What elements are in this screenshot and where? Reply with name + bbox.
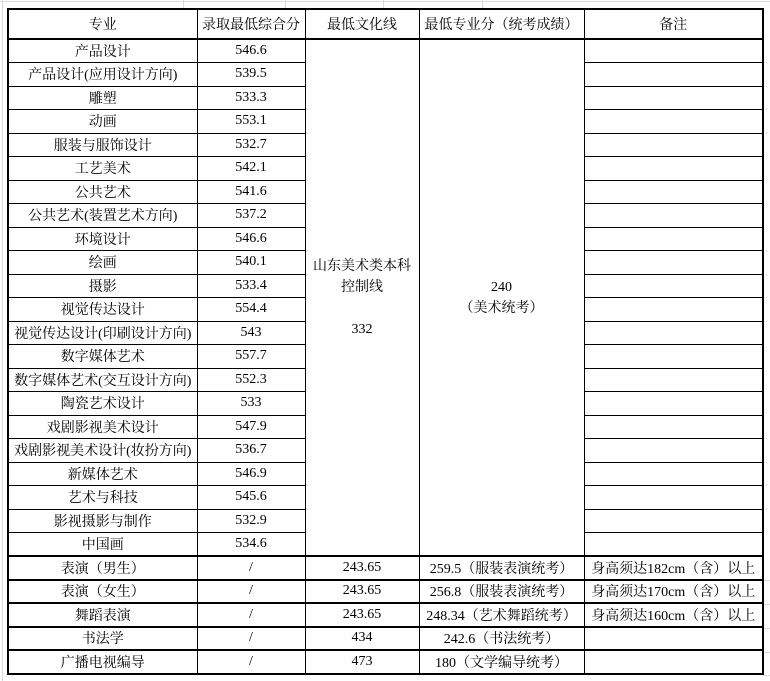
remark-cell (584, 63, 763, 87)
score-cell: 552.3 (197, 368, 305, 392)
remark-cell (584, 345, 763, 369)
professional-line-merged-cell: 240 （美术统考） (419, 39, 584, 556)
margin-gridline-stub (383, 0, 384, 8)
table-row: 表演（男生） / 243.65 259.5（服装表演统考） 身高须达182cm（… (8, 556, 763, 580)
header-row: 专业 录取最低综合分 最低文化线 最低专业分（统考成绩） 备注 (8, 9, 763, 39)
major-cell: 新媒体艺术 (8, 462, 197, 486)
remark-cell (584, 110, 763, 134)
culture-line-cell: 434 (305, 627, 419, 651)
table-row: 书法学 / 434 242.6（书法统考） (8, 627, 763, 651)
table-row: 舞蹈表演 / 243.65 248.34（艺术舞蹈统考） 身高须达160cm（含… (8, 603, 763, 627)
score-cell: 546.6 (197, 39, 305, 63)
major-cell: 陶瓷艺术设计 (8, 392, 197, 416)
remark-cell (584, 227, 763, 251)
remark-cell (584, 627, 763, 651)
major-cell: 公共艺术(装置艺术方向) (8, 204, 197, 228)
score-cell: 540.1 (197, 251, 305, 275)
culture-line-merged-cell: 山东美术类本科控制线 332 (305, 39, 419, 556)
professional-line-cell: 256.8（服装表演统考） (419, 580, 584, 604)
score-cell: 533 (197, 392, 305, 416)
major-cell: 数字媒体艺术(交互设计方向) (8, 368, 197, 392)
major-cell: 数字媒体艺术 (8, 345, 197, 369)
remark-cell (584, 133, 763, 157)
major-cell: 舞蹈表演 (8, 603, 197, 627)
major-cell: 表演（男生） (8, 556, 197, 580)
remark-cell (584, 439, 763, 463)
col-header-remark: 备注 (584, 9, 763, 39)
score-cell: 534.6 (197, 533, 305, 557)
score-cell: 533.4 (197, 274, 305, 298)
major-cell: 影视摄影与制作 (8, 509, 197, 533)
remark-cell (584, 650, 763, 674)
table-row: 广播电视编导 / 473 180（文学编导统考） (8, 650, 763, 674)
margin-gridline-stub (482, 0, 483, 8)
remark-cell (584, 368, 763, 392)
score-cell: / (197, 627, 305, 651)
remark-cell: 身高须达170cm（含）以上 (584, 580, 763, 604)
table-row: 产品设计 546.6 山东美术类本科控制线 332 240 （美术统考） (8, 39, 763, 63)
culture-line-cell: 473 (305, 650, 419, 674)
score-cell: 547.9 (197, 415, 305, 439)
margin-gridline-stub (183, 0, 184, 8)
remark-cell (584, 321, 763, 345)
remark-cell (584, 86, 763, 110)
margin-gridline-stub (762, 675, 770, 676)
remark-cell (584, 204, 763, 228)
major-cell: 视觉传达设计 (8, 298, 197, 322)
major-cell: 产品设计(应用设计方向) (8, 63, 197, 87)
admission-scores-table: 专业 录取最低综合分 最低文化线 最低专业分（统考成绩） 备注 产品设计 546… (7, 8, 764, 675)
score-cell: 553.1 (197, 110, 305, 134)
table-row: 表演（女生） / 243.65 256.8（服装表演统考） 身高须达170cm（… (8, 580, 763, 604)
score-cell: 532.9 (197, 509, 305, 533)
major-cell: 公共艺术 (8, 180, 197, 204)
remark-cell (584, 298, 763, 322)
col-header-major: 专业 (8, 9, 197, 39)
remark-cell (584, 415, 763, 439)
professional-line-cell: 242.6（书法统考） (419, 627, 584, 651)
score-cell: 554.4 (197, 298, 305, 322)
major-cell: 表演（女生） (8, 580, 197, 604)
major-cell: 环境设计 (8, 227, 197, 251)
score-cell: / (197, 603, 305, 627)
score-cell: 545.6 (197, 486, 305, 510)
remark-cell (584, 251, 763, 275)
score-cell: 533.3 (197, 86, 305, 110)
score-cell: 537.2 (197, 204, 305, 228)
professional-line-cell: 259.5（服装表演统考） (419, 556, 584, 580)
score-cell: 546.6 (197, 227, 305, 251)
major-cell: 中国画 (8, 533, 197, 557)
major-cell: 戏剧影视美术设计(妆扮方向) (8, 439, 197, 463)
major-cell: 绘画 (8, 251, 197, 275)
culture-line-cell: 243.65 (305, 580, 419, 604)
remark-cell (584, 274, 763, 298)
score-cell: 546.9 (197, 462, 305, 486)
remark-cell (584, 180, 763, 204)
remark-cell: 身高须达160cm（含）以上 (584, 603, 763, 627)
remark-cell (584, 462, 763, 486)
professional-line-cell: 248.34（艺术舞蹈统考） (419, 603, 584, 627)
margin-gridline-horizontal (0, 1, 770, 2)
margin-gridline-vertical (2, 0, 3, 681)
culture-line-cell: 243.65 (305, 556, 419, 580)
major-cell: 产品设计 (8, 39, 197, 63)
remark-cell: 身高须达182cm（含）以上 (584, 556, 763, 580)
major-cell: 服装与服饰设计 (8, 133, 197, 157)
remark-cell (584, 392, 763, 416)
score-cell: 532.7 (197, 133, 305, 157)
remark-cell (584, 157, 763, 181)
col-header-min-composite: 录取最低综合分 (197, 9, 305, 39)
major-cell: 书法学 (8, 627, 197, 651)
score-cell: / (197, 650, 305, 674)
professional-line-cell: 180（文学编导统考） (419, 650, 584, 674)
score-cell: / (197, 580, 305, 604)
score-cell: 539.5 (197, 63, 305, 87)
major-cell: 艺术与科技 (8, 486, 197, 510)
score-cell: 557.7 (197, 345, 305, 369)
remark-cell (584, 486, 763, 510)
major-cell: 视觉传达设计(印刷设计方向) (8, 321, 197, 345)
margin-gridline-stub (285, 0, 286, 8)
remark-cell (584, 39, 763, 63)
score-cell: 543 (197, 321, 305, 345)
remark-cell (584, 533, 763, 557)
major-cell: 摄影 (8, 274, 197, 298)
score-cell: 542.1 (197, 157, 305, 181)
remark-cell (584, 509, 763, 533)
major-cell: 广播电视编导 (8, 650, 197, 674)
major-cell: 雕塑 (8, 86, 197, 110)
major-cell: 动画 (8, 110, 197, 134)
score-cell: 541.6 (197, 180, 305, 204)
major-cell: 戏剧影视美术设计 (8, 415, 197, 439)
col-header-min-culture: 最低文化线 (305, 9, 419, 39)
culture-line-cell: 243.65 (305, 603, 419, 627)
score-cell: / (197, 556, 305, 580)
page: 专业 录取最低综合分 最低文化线 最低专业分（统考成绩） 备注 产品设计 546… (0, 0, 770, 681)
major-cell: 工艺美术 (8, 157, 197, 181)
score-cell: 536.7 (197, 439, 305, 463)
col-header-min-professional: 最低专业分（统考成绩） (419, 9, 584, 39)
